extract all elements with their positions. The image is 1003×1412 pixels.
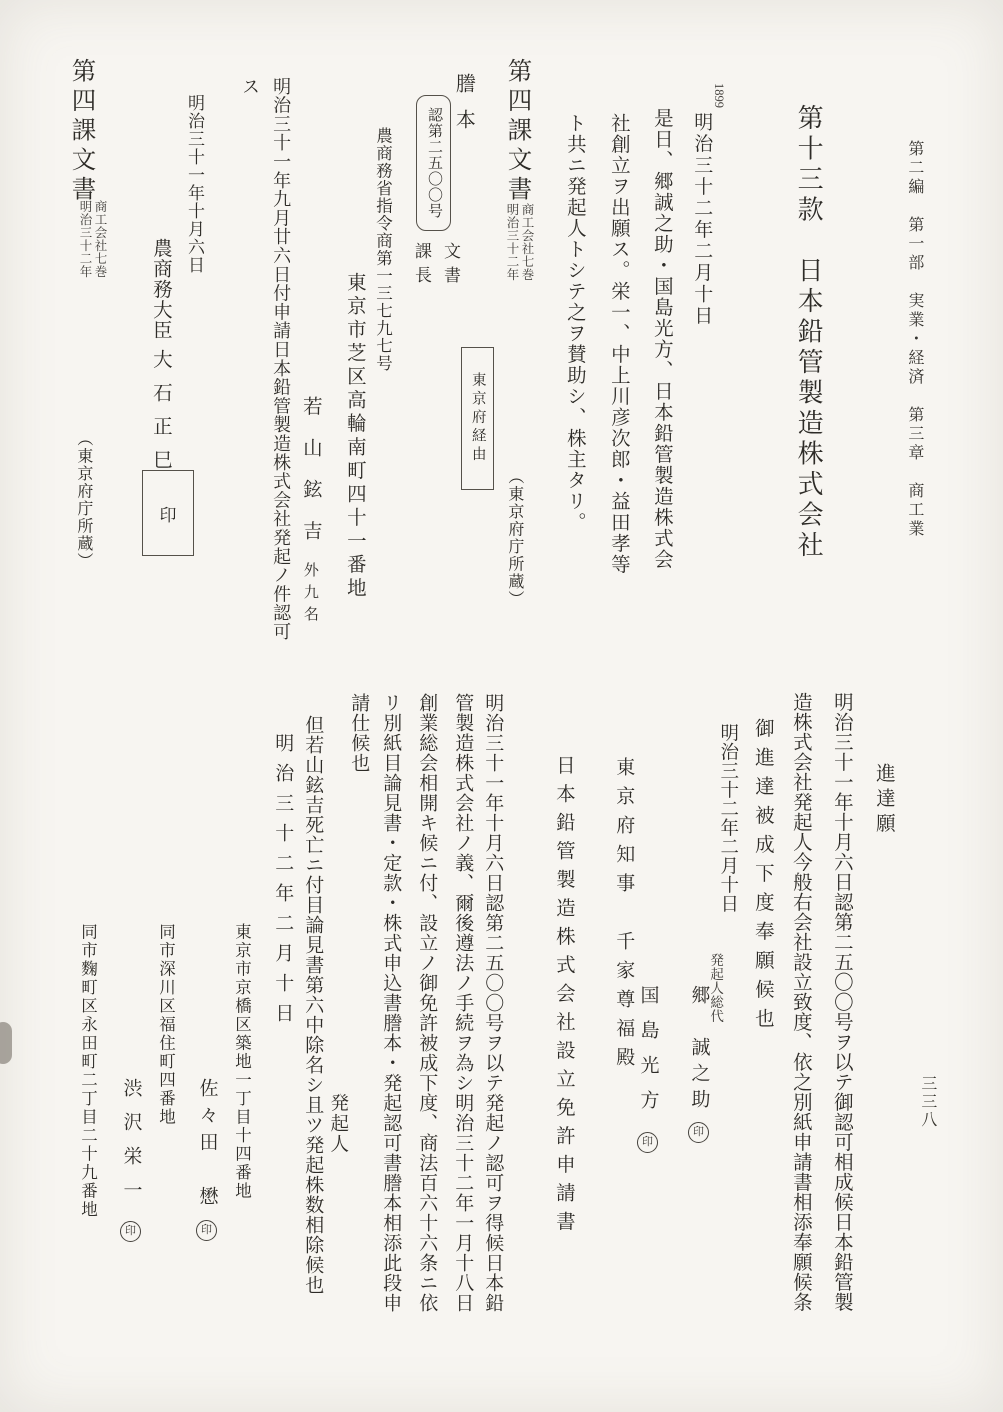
promoter-signature: 国島光方印: [637, 985, 659, 1153]
signatory-name: 佐々田 懋: [197, 1078, 218, 1213]
via-tokyo-fu: 東京府経由: [470, 372, 485, 465]
section-title: 第十三款 日本鉛管製造株式会社: [794, 104, 823, 562]
forwarding-line: 明治三十一年十月六日認第二五〇〇号ヲ以テ御認可相成候日本鉛管製: [830, 692, 852, 1312]
chronicle-line: 社創立ヲ出願ス。栄一、中上川彦次郎・益田孝等: [607, 113, 629, 575]
seal-icon: 印: [688, 1122, 709, 1143]
promoter-name: 郷 誠之助: [689, 985, 710, 1115]
signatory-name: 渋沢栄一: [121, 1078, 142, 1214]
signatory-signature: 佐々田 懋印: [196, 1078, 218, 1241]
representative-label: 発起人総代: [708, 953, 723, 1023]
chronicle-line: 是日、郷誠之助・国島光方、日本鉛管製造株式会: [650, 108, 672, 570]
minister-seal-box: 印: [142, 470, 194, 556]
source-note-line: 商工会社七巻: [93, 200, 107, 278]
promoter-signature: 郷 誠之助印: [688, 985, 710, 1143]
forwarding-line: 造株式会社発起人今般右会社設立致度、依之別紙申請書相添奉願候条: [789, 692, 811, 1312]
addressee: 東京府知事 千家尊福殿: [613, 757, 634, 1076]
signatory-address: 同市麴町区永田町二丁目二十九番地: [78, 923, 96, 1219]
approval-number: 認第二五〇〇号: [426, 107, 441, 219]
source-note-line: 明治三十二年: [78, 200, 92, 278]
application-date: 明治三十二年二月十日: [272, 733, 293, 1033]
source-title: 第四課文書: [504, 58, 531, 206]
directive-number: 農商務省指令商第一三七九七号: [373, 127, 391, 372]
seal-icon: 印: [196, 1220, 217, 1241]
page-number: 三三八: [918, 1075, 936, 1129]
forwarding-date: 明治三十二年二月十日: [717, 723, 738, 913]
applicant-address: 東京市芝区高輪南町四十一番地: [343, 272, 365, 601]
application-line: 創業総会相開キ候ニ付、設立ノ御免許被成下度、商法百六十六条ニ依: [416, 693, 437, 1313]
source-note-line: 明治三十二年: [505, 203, 519, 281]
source-title: 第四課文書: [68, 58, 95, 206]
minister-signature-column: 農商務大臣大石正巳: [149, 238, 171, 483]
signatory-address: 東京市京橋区築地一丁目十四番地: [232, 923, 250, 1201]
scanned-book-page: 第二編 第一部 実業・経済 第三章 商工業 第十三款 日本鉛管製造株式会社 18…: [0, 0, 1003, 1412]
seal-icon: 印: [160, 501, 177, 526]
minister-name: 大石正巳: [150, 349, 171, 483]
applicant-suffix: 外九名: [302, 562, 318, 628]
signatory-signature: 渋沢栄一印: [120, 1078, 142, 1242]
applicant-name-column: 若山鉉吉外九名: [299, 396, 321, 628]
promoter-name: 国島光方: [638, 985, 659, 1125]
seal-icon: 印: [120, 1221, 141, 1242]
applicant-name: 若山鉉吉: [300, 396, 321, 562]
scan-artifact: [0, 1022, 12, 1064]
approval-date: 明治三十一年十月六日: [185, 94, 204, 274]
minister-title: 農商務大臣: [150, 238, 171, 341]
approval-body-continuation: ス: [240, 77, 260, 95]
staff-label-right: 文書: [441, 242, 460, 290]
forwarding-heading: 進達願: [872, 763, 894, 838]
application-line: 明治三十一年十月六日認第二五〇〇号ヲ以テ発起ノ認可ヲ得候日本鉛: [482, 693, 503, 1313]
running-head: 第二編 第一部 実業・経済 第三章 商工業: [905, 140, 923, 539]
application-proviso: 但若山鉉吉死亡ニ付目論見書第六中除名シ且ツ発起株数相除候也: [302, 715, 323, 1295]
approval-body: 明治三十一年九月廿六日付申請日本鉛管製造株式会社発起ノ件認可: [271, 77, 291, 641]
source-note-line: 商工会社七巻: [520, 203, 534, 281]
archive-note: （東京府庁所蔵）: [74, 430, 92, 570]
via-tokyo-fu-box: 東京府経由: [461, 347, 494, 490]
chronicle-date: 明治三十二年二月十日: [691, 112, 712, 327]
copy-label: 謄本: [452, 73, 474, 145]
chronicle-line: ト共ニ発起人トシテ之ヲ賛助シ、株主タリ。: [563, 113, 585, 533]
promoter-label: 発起人: [327, 1093, 348, 1155]
archive-note: （東京府庁所蔵）: [505, 468, 523, 608]
application-heading: 日本鉛管製造株式会社設立免許申請書: [552, 755, 574, 1240]
forwarding-line: 御進達被成下度奉願候也: [751, 718, 773, 1037]
western-year-label: 1899: [712, 83, 726, 108]
seal-icon: 印: [637, 1132, 658, 1153]
application-line: リ別紙目論見書・定款・株式申込書謄本・発起認可書謄本相添此段申: [380, 693, 401, 1313]
signatory-address: 同市深川区福住町四番地: [156, 923, 174, 1127]
approval-number-box: 認第二五〇〇号: [416, 95, 451, 231]
application-line: 請仕候也: [348, 693, 369, 773]
staff-label-left: 課長: [412, 242, 431, 290]
application-line: 管製造株式会社ノ義、爾後遵法ノ手続ヲ為シ明治三十二年一月十八日: [452, 693, 473, 1313]
